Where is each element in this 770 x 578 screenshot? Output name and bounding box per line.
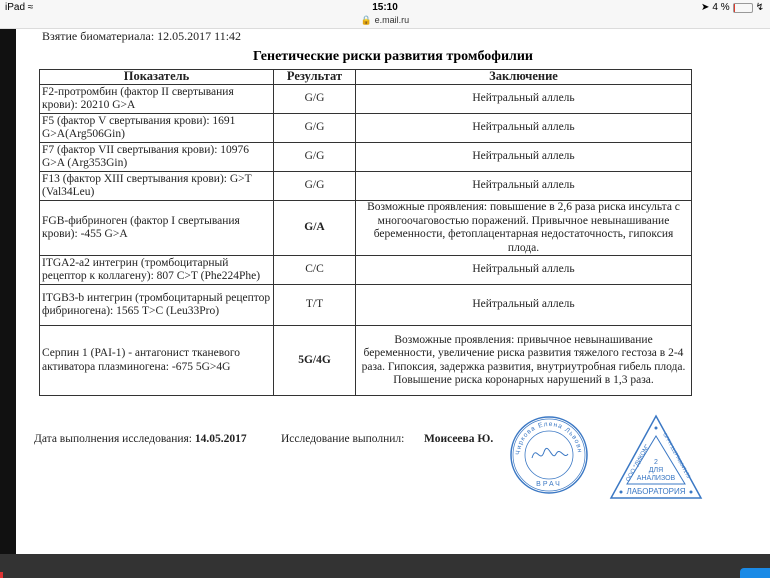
document-title: Генетические риски развития тромбофилии — [16, 49, 770, 65]
document-page: Взятие биоматериала: 12.05.2017 11:42 Ге… — [16, 29, 770, 554]
result-cell: G/A — [274, 201, 356, 256]
lock-icon: 🔒 — [361, 15, 372, 25]
indicator-cell: ITGB3-b интегрин (тромбоцитарный рецепто… — [40, 285, 274, 326]
table-header-row: Показатель Результат Заключение — [40, 70, 692, 85]
indicator-cell: F5 (фактор V свертывания крови): 1691 G>… — [40, 114, 274, 143]
status-right: ➤ 4 % ↯ — [701, 2, 764, 13]
result-cell: G/G — [274, 114, 356, 143]
table-row: F5 (фактор V свертывания крови): 1691 G>… — [40, 114, 692, 143]
result-cell: G/G — [274, 143, 356, 172]
battery-icon — [733, 3, 753, 13]
bottom-right-button[interactable] — [740, 568, 770, 578]
bottom-left-indicator — [0, 572, 3, 578]
result-cell: 5G/4G — [274, 326, 356, 396]
bottom-toolbar — [0, 554, 770, 578]
executed-by-name: Моисеева Ю. — [424, 433, 493, 445]
indicator-cell: FGB-фибриноген (фактор I свертывания кро… — [40, 201, 274, 256]
svg-text:ВРАЧ: ВРАЧ — [536, 481, 562, 488]
table-row: ITGB3-b интегрин (тромбоцитарный рецепто… — [40, 285, 692, 326]
charging-bolt-icon: ↯ — [756, 2, 764, 13]
table-row: Серпин 1 (PAI-1) - антагонист тканевого … — [40, 326, 692, 396]
conclusion-cell: Возможные проявления: повышение в 2,6 ра… — [356, 201, 692, 256]
results-table: Показатель Результат Заключение F2-протр… — [39, 69, 692, 396]
signature-icon — [532, 448, 568, 458]
conclusion-cell: Нейтральный аллель — [356, 285, 692, 326]
svg-text:2: 2 — [654, 459, 658, 466]
svg-text:АНАЛИЗОВ: АНАЛИЗОВ — [637, 475, 676, 482]
conclusion-cell: Нейтральный аллель — [356, 143, 692, 172]
result-cell: G/G — [274, 172, 356, 201]
result-cell: G/G — [274, 85, 356, 114]
table-row: F2-протромбин (фактор II свертывания кро… — [40, 85, 692, 114]
executed-by-label: Исследование выполнил: — [281, 433, 404, 445]
side-panel-edge — [0, 29, 16, 554]
location-arrow-icon: ➤ — [701, 2, 709, 13]
conclusion-cell: Нейтральный аллель — [356, 85, 692, 114]
conclusion-cell: Нейтральный аллель — [356, 256, 692, 285]
svg-text:ОГРН 1127746047175: ОГРН 1127746047175 — [661, 432, 691, 479]
result-cell: C/C — [274, 256, 356, 285]
column-header-indicator: Показатель — [40, 70, 274, 85]
table-row: FGB-фибриноген (фактор I свертывания кро… — [40, 201, 692, 256]
column-header-conclusion: Заключение — [356, 70, 692, 85]
ios-status-bar: iPad ≈ 15:10 🔒 e.mail.ru ➤ 4 % ↯ — [0, 0, 770, 29]
conclusion-cell: Возможные проявления: привычное невынаши… — [356, 326, 692, 396]
column-header-result: Результат — [274, 70, 356, 85]
address-bar[interactable]: 🔒 e.mail.ru — [0, 15, 770, 26]
laboratory-triangle-stamp: ЛАБОРАТОРИЯ 2 ДЛЯ АНАЛИЗОВ ООО "ДИКОМ" О… — [609, 414, 704, 502]
svg-text:ЛАБОРАТОРИЯ: ЛАБОРАТОРИЯ — [626, 487, 685, 496]
indicator-cell: F2-протромбин (фактор II свертывания кро… — [40, 85, 274, 114]
indicator-cell: F13 (фактор XIII свертывания крови): G>T… — [40, 172, 274, 201]
indicator-cell: ITGA2-a2 интегрин (тромбоцитарный рецепт… — [40, 256, 274, 285]
conclusion-cell: Нейтральный аллель — [356, 114, 692, 143]
url-text: e.mail.ru — [375, 15, 410, 25]
sample-taken-line: Взятие биоматериала: 12.05.2017 11:42 — [42, 29, 241, 44]
date-value: 14.05.2017 — [195, 433, 247, 445]
conclusion-cell: Нейтральный аллель — [356, 172, 692, 201]
clock: 15:10 — [0, 2, 770, 13]
table-row: F7 (фактор VII свертывания крови): 10976… — [40, 143, 692, 172]
indicator-cell: Серпин 1 (PAI-1) - антагонист тканевого … — [40, 326, 274, 396]
svg-text:ДЛЯ: ДЛЯ — [649, 467, 663, 474]
table-row: F13 (фактор XIII свертывания крови): G>T… — [40, 172, 692, 201]
battery-percent: 4 % — [712, 2, 729, 13]
indicator-cell: F7 (фактор VII свертывания крови): 10976… — [40, 143, 274, 172]
doctor-round-stamp: Чиркова Елена Львовна ВРАЧ — [508, 414, 590, 496]
table-row: ITGA2-a2 интегрин (тромбоцитарный рецепт… — [40, 256, 692, 285]
result-cell: T/T — [274, 285, 356, 326]
date-label: Дата выполнения исследования: — [34, 433, 192, 445]
research-date: Дата выполнения исследования: 14.05.2017 — [34, 433, 247, 445]
